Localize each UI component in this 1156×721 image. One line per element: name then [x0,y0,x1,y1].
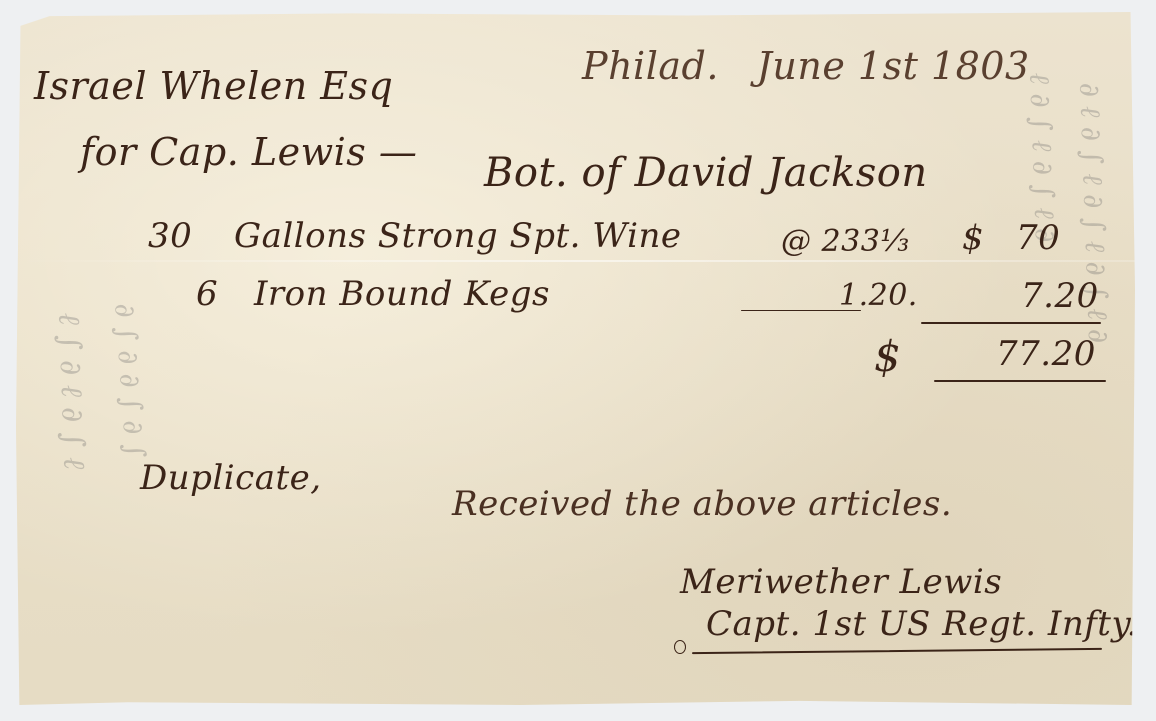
item-amount: 70 [1016,218,1060,258]
acknowledgement-text: Received the above articles. [452,484,952,524]
pencil-annotations-left: ℓ ∫ ∂ ℓ ∂ ∫ ℓ [51,312,91,470]
item-quantity: 6 [196,274,218,314]
signature-flourish [692,648,1102,654]
item-rate: @ 233⅓ [781,224,910,259]
item-description: Gallons Strong Spt. Wine [234,216,682,256]
item-currency: $ [962,218,984,258]
item-quantity: 30 [148,216,192,256]
pencil-annotations-left-2: ∂ ∫ ∂ ∂ ∫ ∂ ∫ [108,302,152,459]
receipt-paper: ℓ ∫ ∂ ℓ ∂ ∫ ℓ ∂ ∫ ∂ ∂ ∫ ∂ ∫ ∂ ℓ ∂ ∫ ℓ ∂ … [16,12,1135,705]
item-description: Iron Bound Kegs [254,274,550,314]
total-rule [934,380,1106,382]
ink-blot [674,640,686,654]
document-viewer: ℓ ∫ ∂ ℓ ∂ ∫ ℓ ∂ ∫ ∂ ∂ ∫ ∂ ∫ ∂ ℓ ∂ ∫ ℓ ∂ … [0,0,1156,721]
date: June 1st 1803 [757,44,1030,88]
receipt-heading: Bot. of David Jackson [484,150,928,196]
signature-title: Capt. 1st US Regt. Infty. [706,604,1138,644]
addressee-line-1: Israel Whelen Esq [34,64,393,108]
signature-name: Meriwether Lewis [680,562,1002,602]
total-amount: 77.20 [996,334,1096,374]
paper-fold-line [16,260,1135,262]
addressee-line-2: for Cap. Lewis — [80,130,417,174]
place-date: Philad. June 1st 1803 [582,44,1030,88]
duplicate-note: Duplicate, [140,458,322,498]
total-currency: $ [874,332,901,381]
place: Philad. [582,44,719,88]
subtotal-rule [921,322,1101,324]
item-amount: 7.20 [1021,276,1099,316]
item-rate: 1.20. [839,278,918,313]
